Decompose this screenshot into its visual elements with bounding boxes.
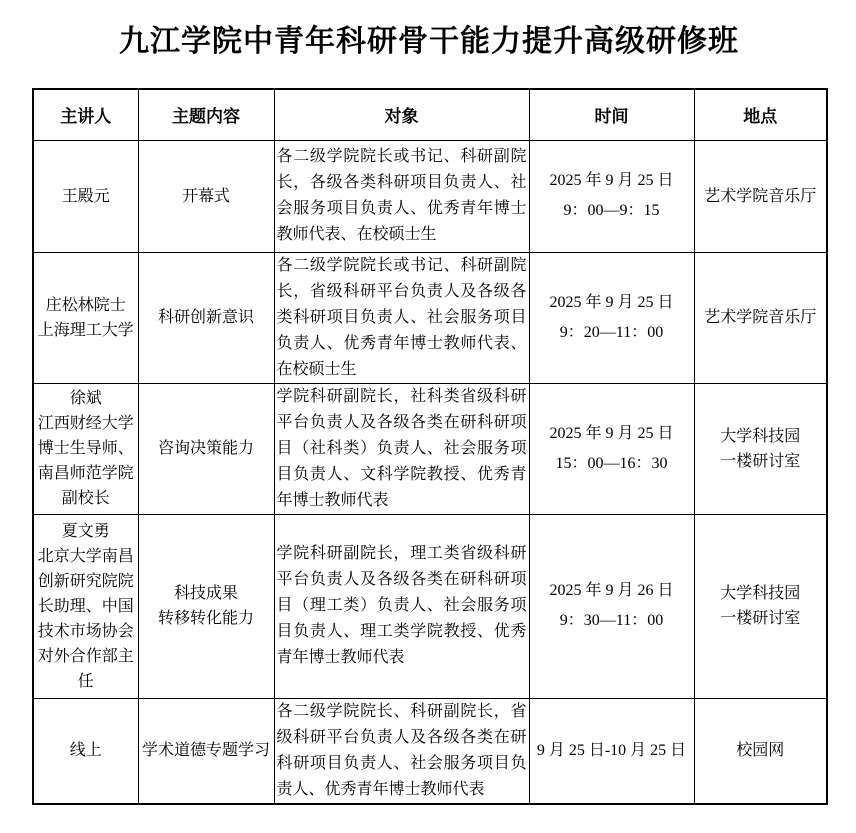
cell-audience: 各二级学院院长、科研副院长，省级科研平台负责人及各级各类在研科研项目负责人、社会… — [274, 698, 529, 804]
document-page: 九江学院中青年科研骨干能力提升高级研修班 主讲人 主题内容 对象 时间 地点 王… — [0, 0, 856, 833]
cell-time: 2025 年 9 月 25 日 15：00—16：30 — [529, 383, 694, 514]
cell-location: 大学科技园 一楼研讨室 — [694, 514, 827, 698]
schedule-table: 主讲人 主题内容 对象 时间 地点 王殿元 开幕式 各二级学院院长或书记、科研副… — [32, 88, 828, 805]
cell-speaker: 庄松林院士 上海理工大学 — [33, 252, 138, 383]
cell-time: 2025 年 9 月 26 日 9：30—11：00 — [529, 514, 694, 698]
header-location: 地点 — [694, 89, 827, 140]
table-header-row: 主讲人 主题内容 对象 时间 地点 — [33, 89, 827, 140]
cell-location: 艺术学院音乐厅 — [694, 252, 827, 383]
header-audience: 对象 — [274, 89, 529, 140]
cell-time: 9 月 25 日-10 月 25 日 — [529, 698, 694, 804]
cell-speaker: 线上 — [33, 698, 138, 804]
cell-audience: 学院科研副院长，社科类省级科研平台负责人及各级各类在研科研项目（社科类）负责人、… — [274, 383, 529, 514]
cell-speaker: 徐斌 江西财经大学 博士生导师、 南昌师范学院 副校长 — [33, 383, 138, 514]
cell-location: 大学科技园 一楼研讨室 — [694, 383, 827, 514]
cell-audience: 各二级学院院长或书记、科研副院长，各级各类科研项目负责人、社会服务项目负责人、优… — [274, 140, 529, 252]
cell-topic: 科技成果 转移转化能力 — [138, 514, 274, 698]
table-row: 线上 学术道德专题学习 各二级学院院长、科研副院长，省级科研平台负责人及各级各类… — [33, 698, 827, 804]
cell-speaker: 王殿元 — [33, 140, 138, 252]
cell-time: 2025 年 9 月 25 日 9：20—11：00 — [529, 252, 694, 383]
cell-location: 校园网 — [694, 698, 827, 804]
header-time: 时间 — [529, 89, 694, 140]
header-topic: 主题内容 — [138, 89, 274, 140]
cell-speaker: 夏文勇 北京大学南昌 创新研究院院 长助理、中国 技术市场协会 对外合作部主 任 — [33, 514, 138, 698]
cell-location: 艺术学院音乐厅 — [694, 140, 827, 252]
document-title: 九江学院中青年科研骨干能力提升高级研修班 — [32, 22, 826, 62]
table-row: 王殿元 开幕式 各二级学院院长或书记、科研副院长，各级各类科研项目负责人、社会服… — [33, 140, 827, 252]
cell-audience: 学院科研副院长，理工类省级科研平台负责人及各级各类在研科研项目（理工类）负责人、… — [274, 514, 529, 698]
table-row: 夏文勇 北京大学南昌 创新研究院院 长助理、中国 技术市场协会 对外合作部主 任… — [33, 514, 827, 698]
table-row: 庄松林院士 上海理工大学 科研创新意识 各二级学院院长或书记、科研副院长，省级科… — [33, 252, 827, 383]
cell-topic: 学术道德专题学习 — [138, 698, 274, 804]
cell-audience: 各二级学院院长或书记、科研副院长，省级科研平台负责人及各级各类科研项目负责人、社… — [274, 252, 529, 383]
cell-topic: 咨询决策能力 — [138, 383, 274, 514]
cell-topic: 开幕式 — [138, 140, 274, 252]
table-row: 徐斌 江西财经大学 博士生导师、 南昌师范学院 副校长 咨询决策能力 学院科研副… — [33, 383, 827, 514]
cell-time: 2025 年 9 月 25 日 9：00—9：15 — [529, 140, 694, 252]
header-speaker: 主讲人 — [33, 89, 138, 140]
cell-topic: 科研创新意识 — [138, 252, 274, 383]
